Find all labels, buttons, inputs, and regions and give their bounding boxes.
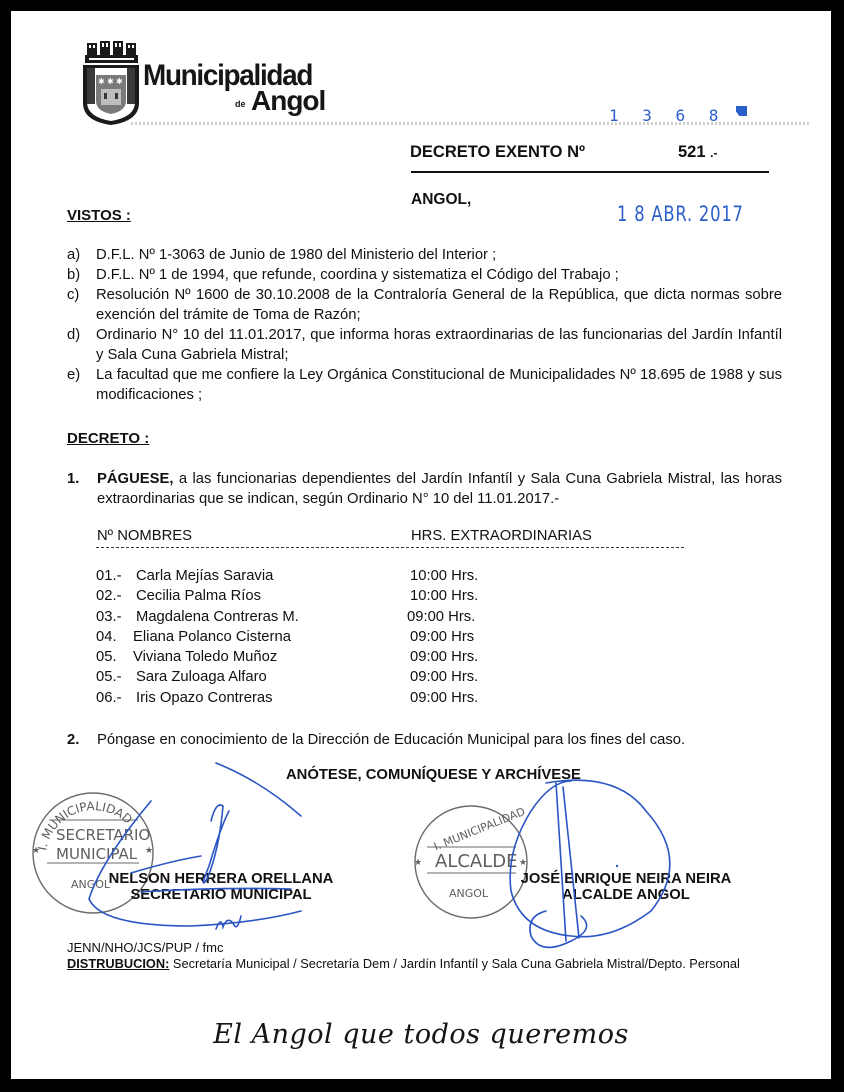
brand-city: Angol — [251, 85, 325, 117]
table-header-hours: HRS. EXTRAORDINARIAS — [411, 528, 592, 544]
vistos-item: b)D.F.L. Nº 1 de 1994, que refunde, coor… — [67, 265, 782, 285]
table-row: 06.-Iris Opazo Contreras09:00 Hrs. — [96, 690, 596, 710]
date-stamp: 1 8 ABR. 2017 — [617, 202, 744, 226]
signatory-left: NELSON HERRERA ORELLANA SECRETARIO MUNIC… — [106, 871, 336, 903]
table-row: 05.Viviana Toledo Muñoz09:00 Hrs. — [96, 649, 596, 669]
table-row: 03.-Magdalena Contreras M.09:00 Hrs. — [96, 609, 596, 629]
place-label: ANGOL, — [411, 191, 471, 209]
svg-text:★: ★ — [32, 846, 40, 856]
decree-title-underline — [411, 171, 769, 173]
distribution-line: DISTRUBUCION: Secretaría Municipal / Sec… — [67, 956, 740, 971]
table-row: 05.-Sara Zuloaga Alfaro09:00 Hrs. — [96, 669, 596, 689]
hours-table: 01.-Carla Mejías Saravia10:00 Hrs. 02.-C… — [96, 568, 596, 710]
vistos-item: c)Resolución Nº 1600 de 30.10.2008 de la… — [67, 285, 782, 325]
decree-number: 521 .- — [678, 143, 717, 162]
brand-preposition: de — [235, 99, 246, 109]
svg-text:ANGOL: ANGOL — [71, 878, 111, 891]
stamp-corner-mark-icon — [736, 106, 747, 116]
vistos-item: d)Ordinario N° 10 del 11.01.2017, que in… — [67, 325, 782, 365]
svg-text:★: ★ — [519, 858, 527, 868]
svg-text:✱: ✱ — [98, 77, 105, 86]
registry-stamp-number: 1 3 6 8 — [609, 106, 725, 125]
signatory-left-name: NELSON HERRERA ORELLANA — [106, 871, 336, 887]
closing-formula: ANÓTESE, COMUNÍQUESE Y ARCHÍVESE — [286, 767, 581, 783]
table-row: 01.-Carla Mejías Saravia10:00 Hrs. — [96, 568, 596, 588]
decreto-item-1-lead: PÁGUESE, — [97, 471, 173, 487]
decreto-heading: DECRETO : — [67, 430, 149, 447]
distribution-recipients: Secretaría Municipal / Secretaría Dem / … — [169, 956, 739, 971]
svg-text:SECRETARIO: SECRETARIO — [56, 826, 150, 844]
distribution-label: DISTRUBUCION: — [67, 956, 169, 971]
svg-text:I. MUNICIPALIDAD: I. MUNICIPALIDAD — [35, 799, 135, 852]
svg-text:✱: ✱ — [116, 77, 123, 86]
decree-title: DECRETO EXENTO Nº — [410, 143, 585, 162]
table-row: 04.Eliana Polanco Cisterna09:00 Hrs — [96, 629, 596, 649]
vistos-item: e)La facultad que me confiere la Ley Org… — [67, 365, 782, 405]
vistos-heading: VISTOS : — [67, 207, 131, 224]
signatory-right-name: JOSÉ ENRIQUE NEIRA NEIRA — [511, 871, 741, 887]
decree-number-suffix: .- — [710, 146, 717, 160]
svg-text:ALCALDE: ALCALDE — [435, 851, 518, 872]
reference-initials: JENN/NHO/JCS/PUP / fmc — [67, 940, 224, 955]
decreto-item-2: 2. Póngase en conocimiento de la Direcci… — [67, 730, 782, 750]
table-dashed-divider — [96, 547, 686, 548]
svg-text:ANGOL: ANGOL — [449, 887, 489, 900]
svg-text:★: ★ — [145, 846, 153, 856]
vistos-list: a)D.F.L. Nº 1-3063 de Junio de 1980 del … — [67, 245, 782, 405]
vistos-item: a)D.F.L. Nº 1-3063 de Junio de 1980 del … — [67, 245, 782, 265]
signatory-left-role: SECRETARIO MUNICIPAL — [106, 887, 336, 903]
municipal-coat-of-arms-icon: ✱✱✱ — [81, 37, 141, 127]
svg-text:★: ★ — [414, 858, 422, 868]
document-page: ✱✱✱ Municipalidad de Angol 1 3 6 8 DECRE… — [11, 11, 831, 1079]
svg-text:✱: ✱ — [107, 77, 114, 86]
svg-text:MUNICIPAL: MUNICIPAL — [56, 845, 138, 863]
municipal-motto: El Angol que todos queremos — [11, 1019, 831, 1050]
signature-right-icon — [510, 780, 670, 936]
table-header-names: Nº NOMBRES — [97, 528, 192, 544]
signatory-right: JOSÉ ENRIQUE NEIRA NEIRA ALCALDE ANGOL — [511, 871, 741, 903]
svg-text:I. MUNICIPALIDAD: I. MUNICIPALIDAD — [432, 805, 527, 853]
decree-number-value: 521 — [678, 143, 706, 161]
table-row: 02.-Cecilia Palma Ríos10:00 Hrs. — [96, 588, 596, 608]
signatory-right-role: ALCALDE ANGOL — [511, 887, 741, 903]
decreto-item-1: 1. PÁGUESE, a las funcionarias dependien… — [67, 469, 782, 509]
